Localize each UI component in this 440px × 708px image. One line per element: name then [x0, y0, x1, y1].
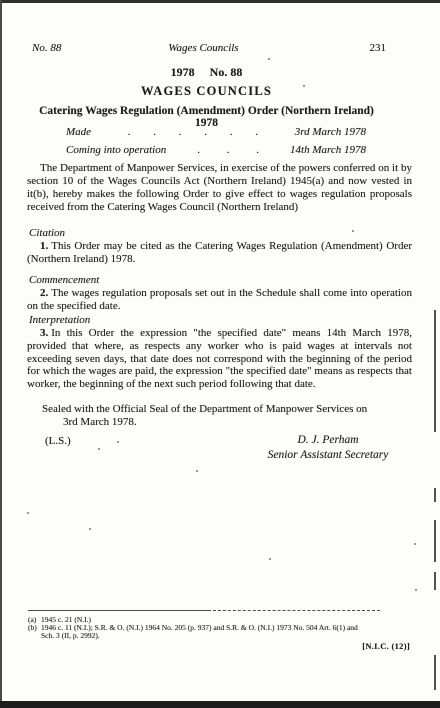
- signatory-title: Senior Assistant Secretary: [248, 448, 408, 463]
- order-number: No. 88: [210, 65, 243, 79]
- article-text: In this Order the expression "the specif…: [27, 327, 412, 390]
- scan-artifact-line: [434, 310, 436, 432]
- scan-speck: [27, 512, 29, 514]
- scan-speck: [268, 58, 270, 60]
- article-number: 1.: [40, 240, 48, 252]
- year: 1978: [171, 65, 195, 79]
- scanned-document-page: No. 88 Wages Councils 231 1978No. 88 WAG…: [0, 0, 440, 708]
- article-number: 2.: [40, 287, 48, 299]
- scan-artifact-line: [434, 520, 436, 562]
- dot-leader: . . . . . .: [91, 126, 295, 138]
- made-row: Made . . . . . . 3rd March 1978: [66, 126, 366, 144]
- scan-edge-bottom: [0, 701, 440, 708]
- scan-speck: [117, 441, 119, 443]
- sealing-clause-line1: Sealed with the Official Seal of the Dep…: [42, 403, 367, 415]
- footnote-rule: [28, 610, 380, 611]
- scan-speck: [196, 470, 198, 472]
- page-number: 231: [370, 42, 387, 55]
- scan-speck: [414, 543, 416, 545]
- signatory-name: D. J. Perham: [248, 433, 408, 448]
- footnote-marker: (b): [28, 624, 41, 640]
- commencement-paragraph: 2.The wages regulation proposals set out…: [27, 287, 412, 313]
- footnotes-block: (a) 1945 c. 21 (N.I.) (b) 1946 c. 11 (N.…: [28, 616, 398, 641]
- scan-edge-left: [0, 0, 2, 708]
- category-heading: WAGES COUNCILS: [27, 84, 412, 99]
- sealing-clause-date: 3rd March 1978.: [63, 416, 137, 428]
- made-label: Made: [66, 126, 91, 138]
- year-number-line: 1978No. 88: [27, 65, 412, 80]
- scan-speck: [352, 230, 354, 232]
- citation-heading: Citation: [29, 227, 65, 239]
- scan-artifact-line: [434, 655, 436, 690]
- scan-speck: [415, 589, 417, 591]
- scan-speck: [269, 558, 271, 560]
- footnote-text: 1946 c. 11 (N.I.); S.R. & O. (N.I.) 1964…: [41, 624, 371, 640]
- scan-artifact-line: [434, 572, 436, 590]
- citation-paragraph: 1.This Order may be cited as the Caterin…: [27, 240, 412, 266]
- made-date: 3rd March 1978: [295, 126, 366, 138]
- commencement-heading: Commencement: [29, 274, 99, 286]
- interpretation-heading: Interpretation: [29, 314, 90, 326]
- article-text: This Order may be cited as the Catering …: [27, 240, 412, 265]
- scan-edge-top: [0, 0, 440, 3]
- running-title: Wages Councils: [27, 42, 380, 55]
- preamble-paragraph: The Department of Manpower Services, in …: [27, 162, 412, 214]
- article-text: The wages regulation proposals set out i…: [27, 287, 412, 312]
- article-number: 3.: [40, 327, 48, 339]
- coming-into-operation-date: 14th March 1978: [290, 144, 366, 156]
- interpretation-paragraph: 3.In this Order the expression "the spec…: [27, 327, 412, 391]
- series-reference: [N.I.C. (12)]: [362, 641, 410, 651]
- scan-speck: [98, 448, 100, 450]
- coming-into-operation-row: Coming into operation . . . 14th March 1…: [66, 144, 366, 162]
- scan-artifact-line: [434, 488, 436, 502]
- dot-leader: . . .: [166, 144, 290, 156]
- scan-speck: [89, 528, 91, 530]
- footnote-b: (b) 1946 c. 11 (N.I.); S.R. & O. (N.I.) …: [28, 624, 398, 640]
- sealing-clause: Sealed with the Official Seal of the Dep…: [27, 403, 412, 428]
- signature-block: D. J. Perham Senior Assistant Secretary: [248, 433, 408, 463]
- meta-block: Made . . . . . . 3rd March 1978 Coming i…: [66, 126, 366, 162]
- seal-mark: (L.S.): [45, 435, 71, 447]
- coming-into-operation-label: Coming into operation: [66, 144, 166, 156]
